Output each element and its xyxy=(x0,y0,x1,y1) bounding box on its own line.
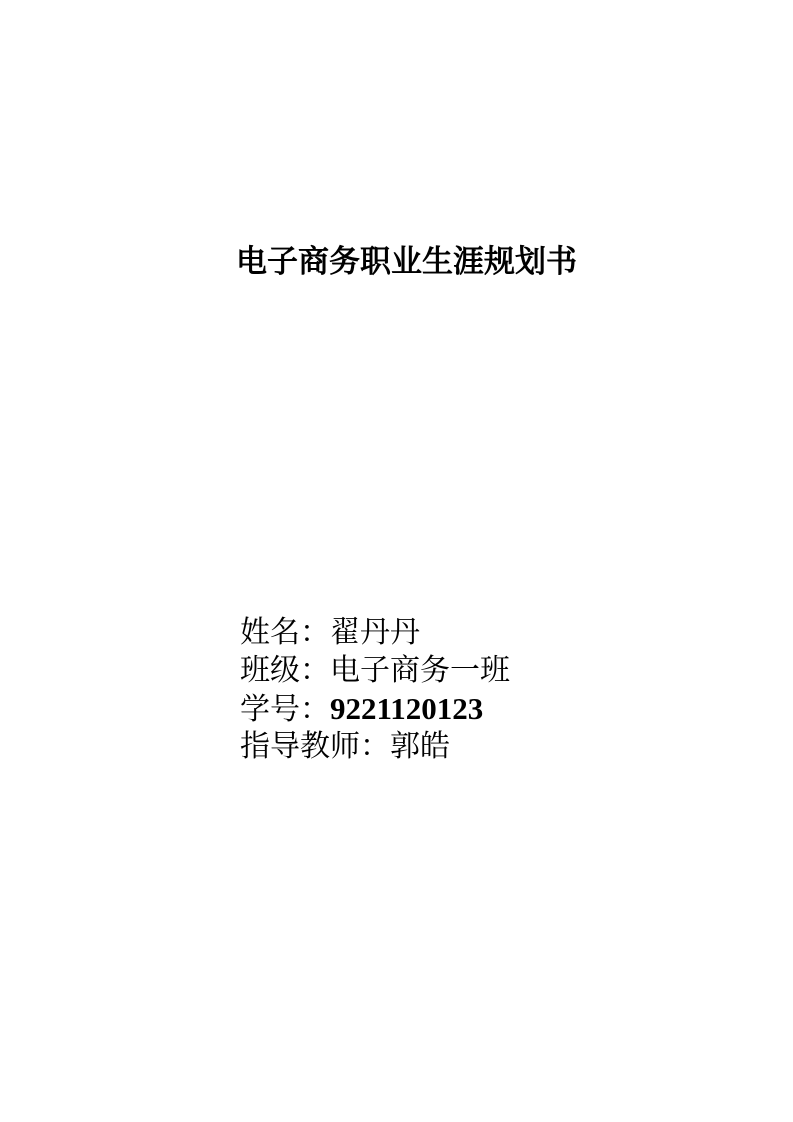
student-id-value: 9221120123 xyxy=(330,691,483,726)
student-id-label: 学号： xyxy=(240,692,330,727)
name-value: 翟丹丹 xyxy=(330,615,420,650)
info-row-class: 班级：电子商务一班 xyxy=(240,652,510,690)
info-row-student-id: 学号：9221120123 xyxy=(240,690,510,728)
info-row-name: 姓名：翟丹丹 xyxy=(240,614,510,652)
document-page: 电子商务职业生涯规划书 姓名：翟丹丹 班级：电子商务一班 学号：92211201… xyxy=(0,0,793,1122)
advisor-label: 指导教师： xyxy=(240,729,390,764)
info-row-advisor: 指导教师：郭皓 xyxy=(240,728,510,766)
student-info-block: 姓名：翟丹丹 班级：电子商务一班 学号：9221120123 指导教师：郭皓 xyxy=(240,614,510,766)
class-value: 电子商务一班 xyxy=(330,653,510,688)
document-title: 电子商务职业生涯规划书 xyxy=(0,240,793,284)
class-label: 班级： xyxy=(240,653,330,688)
name-label: 姓名： xyxy=(240,615,330,650)
advisor-value: 郭皓 xyxy=(390,729,450,764)
